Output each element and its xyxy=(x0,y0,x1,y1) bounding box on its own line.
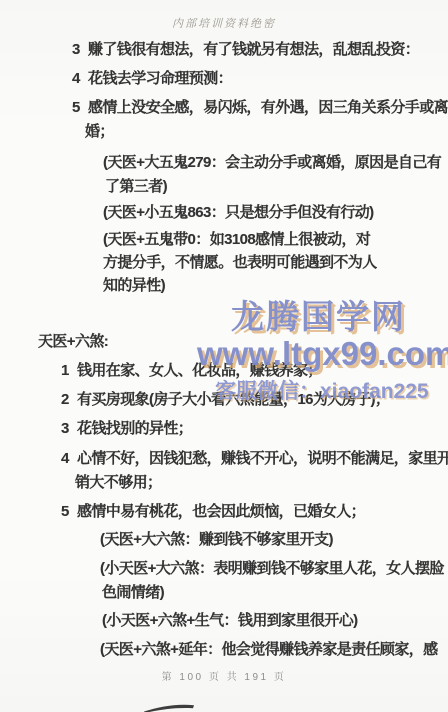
note-line: (天医+小五鬼863：只是想分手但没有行动) xyxy=(103,203,374,222)
numbered-item: 3赚了钱很有想法，有了钱就另有想法，乱想乱投资： xyxy=(88,40,419,59)
item-text: 花钱找别的异性； xyxy=(77,420,192,437)
item-text: 感情中易有桃花，也会因此烦恼，已婚女人； xyxy=(77,503,365,520)
item-number: 3 xyxy=(61,419,69,438)
note-line: (天医+大六煞：赚到钱不够家里开支) xyxy=(100,530,333,549)
page-header-label: 内部培训资料绝密 xyxy=(0,15,448,31)
section-heading: 天医+六煞: xyxy=(38,332,108,351)
note-line: (天医+五鬼带0：如3108感情上很被动，对 xyxy=(103,230,370,249)
page-number-footer: 第 100 页 共 191 页 xyxy=(0,668,448,683)
watermark-site-name: 龙腾国学网 xyxy=(231,291,406,338)
item-number: 4 xyxy=(72,69,80,88)
note-line: 方提分手，不情愿。也表明可能遇到不为人 xyxy=(103,253,377,272)
item-number: 1 xyxy=(61,361,69,380)
item-text: 赚了钱很有想法，有了钱就另有想法，乱想乱投资： xyxy=(88,41,419,58)
item-text-wrap: 婚； xyxy=(85,122,114,141)
numbered-item: 5感情上没安全感，易闪烁，有外遇，因三角关系分手或离 xyxy=(88,98,448,117)
item-number: 3 xyxy=(72,40,80,59)
note-line: 了第三者) xyxy=(105,177,167,196)
note-line: (天医+六煞+延年：他会觉得赚钱养家是责任顾家，感 xyxy=(100,640,438,659)
item-text: 花钱去学习命理预测： xyxy=(88,70,232,87)
watermark-contact: 客服微信：xiaofan225 xyxy=(215,375,429,405)
numbered-item: 5感情中易有桃花，也会因此烦恼，已婚女人； xyxy=(77,502,365,521)
watermark-url: www.ltgx99.com xyxy=(197,335,448,373)
note-line: 知的异性) xyxy=(103,276,165,295)
item-number: 5 xyxy=(72,98,80,117)
document-page: 内部培训资料绝密 3赚了钱很有想法，有了钱就另有想法，乱想乱投资： 4花钱去学习… xyxy=(0,0,448,712)
note-line: (天医+大五鬼279：会主动分手或离婚，原因是自己有 xyxy=(103,153,441,172)
item-number: 4 xyxy=(61,449,69,468)
numbered-item: 3花钱找别的异性； xyxy=(77,419,192,438)
item-text: 心情不好，因钱犯愁，赚钱不开心，说明不能满足，家里开 xyxy=(77,450,448,467)
brush-stroke xyxy=(140,698,210,712)
note-line: (小天医+大六煞：表明赚到钱不够家里人花，女人摆脸 xyxy=(100,559,444,578)
note-line: (小天医+六煞+生气：钱用到家里很开心) xyxy=(102,611,358,630)
note-line: 色闹情绪) xyxy=(102,583,164,602)
numbered-item: 4花钱去学习命理预测： xyxy=(88,69,232,88)
numbered-item: 4心情不好，因钱犯愁，赚钱不开心，说明不能满足，家里开 xyxy=(77,449,448,468)
item-text-wrap: 销大不够用； xyxy=(75,473,161,492)
item-text: 感情上没安全感，易闪烁，有外遇，因三角关系分手或离 xyxy=(88,99,448,116)
item-number: 5 xyxy=(61,502,69,521)
item-number: 2 xyxy=(61,390,69,409)
